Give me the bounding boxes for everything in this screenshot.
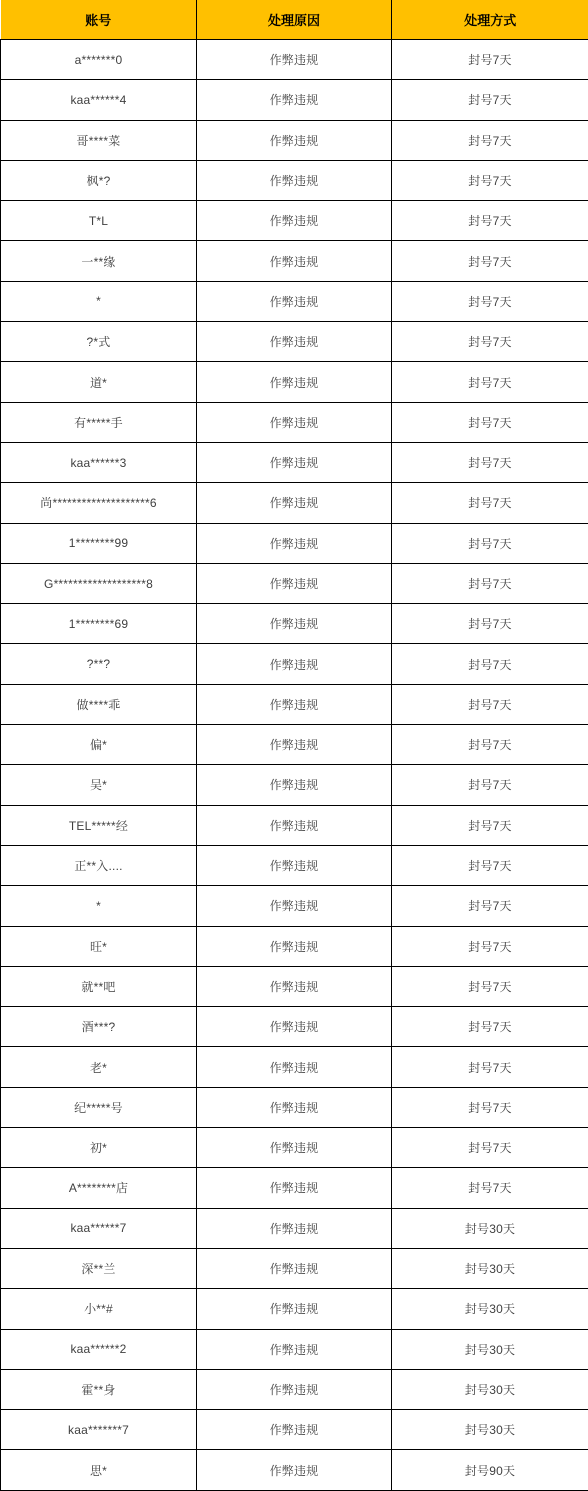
reason-cell: 作弊违规 bbox=[197, 966, 392, 1006]
reason-cell: 作弊违规 bbox=[197, 725, 392, 765]
account-cell: 纪*****号 bbox=[1, 1087, 197, 1127]
reason-cell: 作弊违规 bbox=[197, 805, 392, 845]
account-cell: 尚********************6 bbox=[1, 483, 197, 523]
table-row: G*******************8作弊违规封号7天 bbox=[1, 563, 588, 603]
action-cell: 封号7天 bbox=[392, 886, 588, 926]
account-cell: 小**# bbox=[1, 1289, 197, 1329]
reason-cell: 作弊违规 bbox=[197, 241, 392, 281]
column-header-account: 账号 bbox=[1, 0, 197, 40]
reason-cell: 作弊违规 bbox=[197, 483, 392, 523]
reason-cell: 作弊违规 bbox=[197, 1007, 392, 1047]
table-row: 初*作弊违规封号7天 bbox=[1, 1128, 588, 1168]
reason-cell: 作弊违规 bbox=[197, 281, 392, 321]
table-row: TEL*****经作弊违规封号7天 bbox=[1, 805, 588, 845]
action-cell: 封号7天 bbox=[392, 362, 588, 402]
action-cell: 封号7天 bbox=[392, 1087, 588, 1127]
table-row: 做****乖作弊违规封号7天 bbox=[1, 684, 588, 724]
table-row: *作弊违规封号7天 bbox=[1, 886, 588, 926]
action-cell: 封号7天 bbox=[392, 201, 588, 241]
reason-cell: 作弊违规 bbox=[197, 845, 392, 885]
action-cell: 封号7天 bbox=[392, 40, 588, 80]
account-cell: 初* bbox=[1, 1128, 197, 1168]
reason-cell: 作弊违规 bbox=[197, 523, 392, 563]
action-cell: 封号7天 bbox=[392, 402, 588, 442]
action-cell: 封号7天 bbox=[392, 926, 588, 966]
account-cell: kaa*******7 bbox=[1, 1410, 197, 1450]
reason-cell: 作弊违规 bbox=[197, 644, 392, 684]
reason-cell: 作弊违规 bbox=[197, 684, 392, 724]
account-cell: ?*式 bbox=[1, 322, 197, 362]
account-cell: 霍**身 bbox=[1, 1369, 197, 1409]
account-punishment-table: 账号 处理原因 处理方式 a*******0作弊违规封号7天kaa******4… bbox=[0, 0, 588, 1491]
reason-cell: 作弊违规 bbox=[197, 1410, 392, 1450]
account-cell: 有*****手 bbox=[1, 402, 197, 442]
table-row: 1********69作弊违规封号7天 bbox=[1, 604, 588, 644]
account-cell: 旺* bbox=[1, 926, 197, 966]
account-cell: * bbox=[1, 886, 197, 926]
column-header-action: 处理方式 bbox=[392, 0, 588, 40]
table-row: ?*式作弊违规封号7天 bbox=[1, 322, 588, 362]
account-cell: 做****乖 bbox=[1, 684, 197, 724]
table-row: 霍**身作弊违规封号30天 bbox=[1, 1369, 588, 1409]
header-row: 账号 处理原因 处理方式 bbox=[1, 0, 588, 40]
action-cell: 封号7天 bbox=[392, 1007, 588, 1047]
reason-cell: 作弊违规 bbox=[197, 80, 392, 120]
table-row: 老*作弊违规封号7天 bbox=[1, 1047, 588, 1087]
reason-cell: 作弊违规 bbox=[197, 322, 392, 362]
table-row: kaa******4作弊违规封号7天 bbox=[1, 80, 588, 120]
table-row: 哥****菜作弊违规封号7天 bbox=[1, 120, 588, 160]
reason-cell: 作弊违规 bbox=[197, 442, 392, 482]
reason-cell: 作弊违规 bbox=[197, 1128, 392, 1168]
account-cell: kaa******3 bbox=[1, 442, 197, 482]
table-row: kaa*******7作弊违规封号30天 bbox=[1, 1410, 588, 1450]
action-cell: 封号30天 bbox=[392, 1410, 588, 1450]
account-cell: 1********99 bbox=[1, 523, 197, 563]
reason-cell: 作弊违规 bbox=[197, 402, 392, 442]
account-cell: * bbox=[1, 281, 197, 321]
reason-cell: 作弊违规 bbox=[197, 160, 392, 200]
action-cell: 封号7天 bbox=[392, 966, 588, 1006]
action-cell: 封号30天 bbox=[392, 1208, 588, 1248]
account-cell: a*******0 bbox=[1, 40, 197, 80]
account-cell: G*******************8 bbox=[1, 563, 197, 603]
account-cell: 一**缘 bbox=[1, 241, 197, 281]
account-cell: 1********69 bbox=[1, 604, 197, 644]
table-row: ?**?作弊违规封号7天 bbox=[1, 644, 588, 684]
account-cell: kaa******4 bbox=[1, 80, 197, 120]
reason-cell: 作弊违规 bbox=[197, 1329, 392, 1369]
table-row: *作弊违规封号7天 bbox=[1, 281, 588, 321]
action-cell: 封号7天 bbox=[392, 483, 588, 523]
account-cell: 正**入.... bbox=[1, 845, 197, 885]
action-cell: 封号7天 bbox=[392, 684, 588, 724]
action-cell: 封号30天 bbox=[392, 1369, 588, 1409]
action-cell: 封号7天 bbox=[392, 1047, 588, 1087]
action-cell: 封号7天 bbox=[392, 845, 588, 885]
reason-cell: 作弊违规 bbox=[197, 1450, 392, 1490]
account-cell: 深**兰 bbox=[1, 1248, 197, 1288]
table-row: kaa******7作弊违规封号30天 bbox=[1, 1208, 588, 1248]
account-cell: 思* bbox=[1, 1450, 197, 1490]
table-row: 道*作弊违规封号7天 bbox=[1, 362, 588, 402]
table-row: 深**兰作弊违规封号30天 bbox=[1, 1248, 588, 1288]
table-row: 一**缘作弊违规封号7天 bbox=[1, 241, 588, 281]
account-cell: 偏* bbox=[1, 725, 197, 765]
action-cell: 封号7天 bbox=[392, 805, 588, 845]
account-cell: kaa******7 bbox=[1, 1208, 197, 1248]
table-row: 正**入....作弊违规封号7天 bbox=[1, 845, 588, 885]
reason-cell: 作弊违规 bbox=[197, 1369, 392, 1409]
reason-cell: 作弊违规 bbox=[197, 604, 392, 644]
table-row: 有*****手作弊违规封号7天 bbox=[1, 402, 588, 442]
reason-cell: 作弊违规 bbox=[197, 886, 392, 926]
table-row: A********店作弊违规封号7天 bbox=[1, 1168, 588, 1208]
reason-cell: 作弊违规 bbox=[197, 765, 392, 805]
action-cell: 封号7天 bbox=[392, 765, 588, 805]
action-cell: 封号7天 bbox=[392, 1128, 588, 1168]
action-cell: 封号7天 bbox=[392, 1168, 588, 1208]
action-cell: 封号7天 bbox=[392, 523, 588, 563]
account-cell: kaa******2 bbox=[1, 1329, 197, 1369]
account-cell: TEL*****经 bbox=[1, 805, 197, 845]
action-cell: 封号7天 bbox=[392, 725, 588, 765]
table-row: 枫*?作弊违规封号7天 bbox=[1, 160, 588, 200]
reason-cell: 作弊违规 bbox=[197, 926, 392, 966]
column-header-reason: 处理原因 bbox=[197, 0, 392, 40]
action-cell: 封号7天 bbox=[392, 563, 588, 603]
action-cell: 封号30天 bbox=[392, 1289, 588, 1329]
action-cell: 封号7天 bbox=[392, 241, 588, 281]
table-row: T*L作弊违规封号7天 bbox=[1, 201, 588, 241]
action-cell: 封号7天 bbox=[392, 80, 588, 120]
table-row: 小**#作弊违规封号30天 bbox=[1, 1289, 588, 1329]
table-body: a*******0作弊违规封号7天kaa******4作弊违规封号7天哥****… bbox=[1, 40, 588, 1491]
action-cell: 封号7天 bbox=[392, 281, 588, 321]
table-row: kaa******2作弊违规封号30天 bbox=[1, 1329, 588, 1369]
reason-cell: 作弊违规 bbox=[197, 1087, 392, 1127]
account-cell: T*L bbox=[1, 201, 197, 241]
table-row: a*******0作弊违规封号7天 bbox=[1, 40, 588, 80]
account-cell: 就**吧 bbox=[1, 966, 197, 1006]
reason-cell: 作弊违规 bbox=[197, 362, 392, 402]
action-cell: 封号7天 bbox=[392, 322, 588, 362]
table-row: 旺*作弊违规封号7天 bbox=[1, 926, 588, 966]
table-row: 思*作弊违规封号90天 bbox=[1, 1450, 588, 1490]
table-row: 吴*作弊违规封号7天 bbox=[1, 765, 588, 805]
table-row: 1********99作弊违规封号7天 bbox=[1, 523, 588, 563]
table-row: kaa******3作弊违规封号7天 bbox=[1, 442, 588, 482]
reason-cell: 作弊违规 bbox=[197, 1168, 392, 1208]
action-cell: 封号7天 bbox=[392, 442, 588, 482]
action-cell: 封号7天 bbox=[392, 120, 588, 160]
reason-cell: 作弊违规 bbox=[197, 1047, 392, 1087]
reason-cell: 作弊违规 bbox=[197, 1289, 392, 1329]
reason-cell: 作弊违规 bbox=[197, 201, 392, 241]
account-cell: ?**? bbox=[1, 644, 197, 684]
action-cell: 封号30天 bbox=[392, 1329, 588, 1369]
table-row: 就**吧作弊违规封号7天 bbox=[1, 966, 588, 1006]
reason-cell: 作弊违规 bbox=[197, 1248, 392, 1288]
account-cell: 枫*? bbox=[1, 160, 197, 200]
action-cell: 封号7天 bbox=[392, 604, 588, 644]
account-cell: 道* bbox=[1, 362, 197, 402]
action-cell: 封号7天 bbox=[392, 644, 588, 684]
table-row: 纪*****号作弊违规封号7天 bbox=[1, 1087, 588, 1127]
account-cell: 哥****菜 bbox=[1, 120, 197, 160]
reason-cell: 作弊违规 bbox=[197, 563, 392, 603]
action-cell: 封号7天 bbox=[392, 160, 588, 200]
account-cell: 吴* bbox=[1, 765, 197, 805]
table-row: 偏*作弊违规封号7天 bbox=[1, 725, 588, 765]
table-row: 尚********************6作弊违规封号7天 bbox=[1, 483, 588, 523]
account-cell: 老* bbox=[1, 1047, 197, 1087]
account-cell: A********店 bbox=[1, 1168, 197, 1208]
table-row: 酒***?作弊违规封号7天 bbox=[1, 1007, 588, 1047]
action-cell: 封号90天 bbox=[392, 1450, 588, 1490]
account-cell: 酒***? bbox=[1, 1007, 197, 1047]
reason-cell: 作弊违规 bbox=[197, 40, 392, 80]
reason-cell: 作弊违规 bbox=[197, 1208, 392, 1248]
action-cell: 封号30天 bbox=[392, 1248, 588, 1288]
reason-cell: 作弊违规 bbox=[197, 120, 392, 160]
